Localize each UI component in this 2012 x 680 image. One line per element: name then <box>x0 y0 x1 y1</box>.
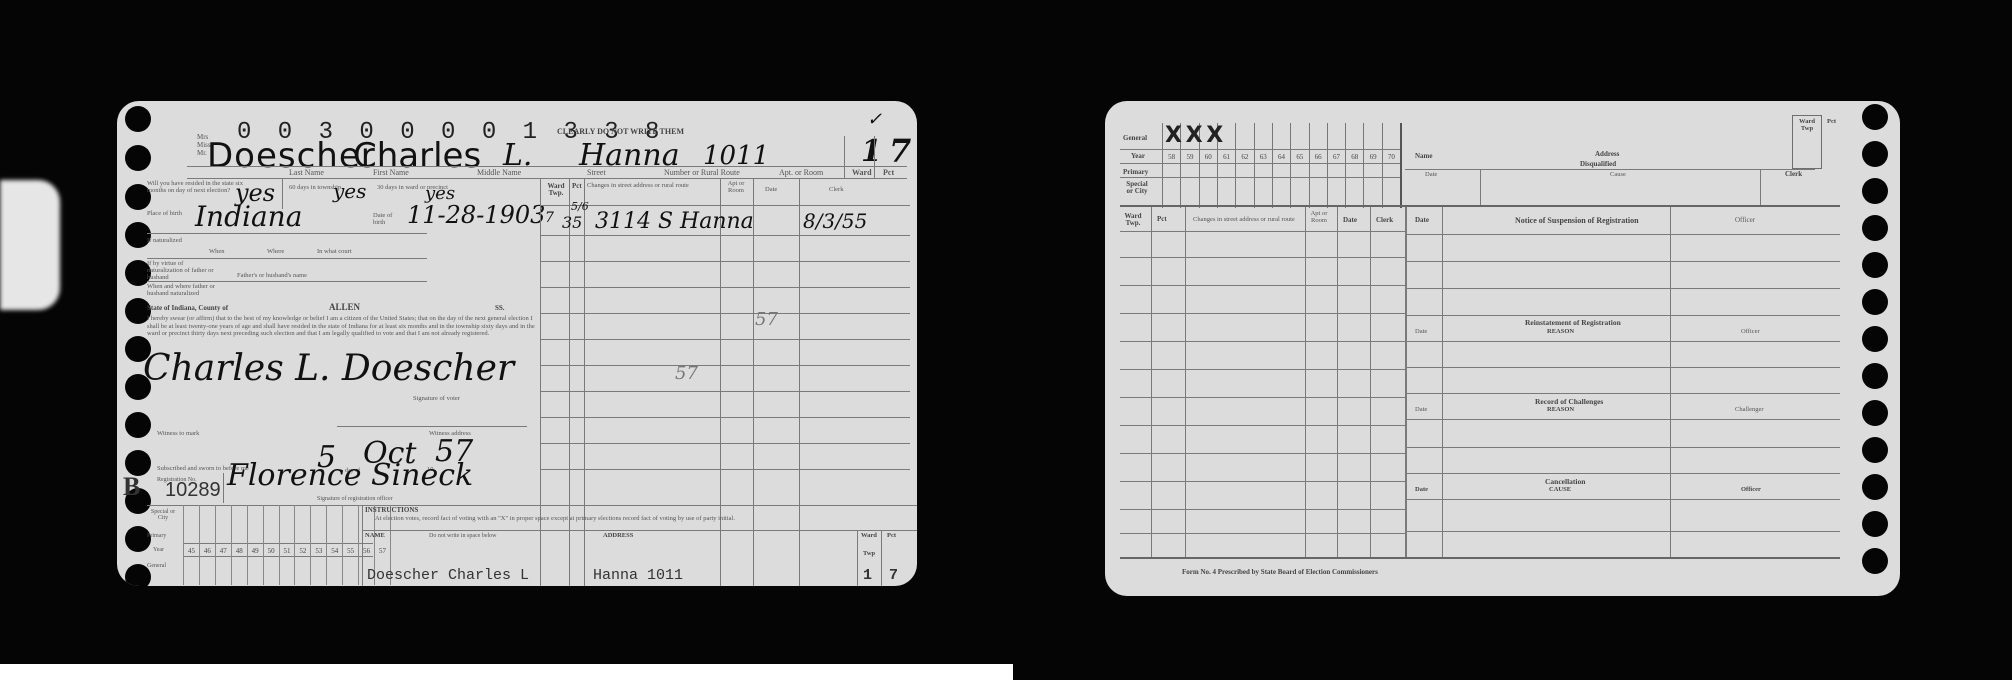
oath-county: ALLEN <box>329 303 360 312</box>
label-last-name: Last Name <box>289 169 324 177</box>
col-changes-address: Changes in street address or rural route <box>587 183 689 190</box>
grid-col <box>753 179 754 586</box>
grid-row <box>1120 285 1407 286</box>
suspension-date: Date <box>1415 217 1429 224</box>
label-street: Street <box>587 169 606 177</box>
year-cell: 50 <box>263 505 279 585</box>
year-cell: 69 <box>1363 123 1381 208</box>
row-label-general: General <box>147 563 166 569</box>
year-cell: 67 <box>1327 123 1345 208</box>
grid-row <box>1407 473 1840 474</box>
label-name: Name <box>1415 153 1433 160</box>
grid-col <box>1337 207 1338 559</box>
grid-col <box>1305 207 1306 559</box>
punch-hole <box>125 412 151 438</box>
footer-label-ward: Ward <box>861 533 877 540</box>
oath-ss: SS. <box>495 305 505 312</box>
row-label-year: Year <box>153 547 164 553</box>
divider <box>147 258 427 259</box>
answer-township: yes <box>333 181 366 201</box>
grid-row <box>1407 367 1840 368</box>
label-first-name: First Name <box>373 169 409 177</box>
grid-row <box>1120 341 1407 342</box>
pct-value: 7 <box>889 135 911 167</box>
registration-prefix: B <box>123 472 140 502</box>
cancellation-date: Date <box>1415 487 1428 494</box>
grid-row <box>1120 257 1407 258</box>
registration-card-front: Mrs Miss Mr. 0 0 3 0 0 0 0 1 3 3 8 CLEAR… <box>117 101 917 586</box>
year-cell: 55 <box>342 505 358 585</box>
instructions-text: At election votes, record fact of voting… <box>375 515 895 522</box>
grid-row <box>1407 419 1840 420</box>
row-label-special: Special or City <box>1123 181 1151 195</box>
footer-label-name: NAME <box>365 533 385 540</box>
instructions-title: INSTRUCTIONS <box>365 507 418 514</box>
reinstatement-officer: Officer <box>1741 329 1760 336</box>
label-disqualified: Disqualified <box>1580 161 1616 168</box>
punch-hole <box>1862 548 1888 574</box>
reinstatement-date: Date <box>1415 329 1427 336</box>
row-label-special: Special or City <box>147 509 179 522</box>
col-pct: Pct <box>1157 216 1167 223</box>
grid-row <box>540 443 910 444</box>
punch-hole <box>1862 215 1888 241</box>
label-ward: Ward <box>852 169 872 177</box>
label-ward-twp: Ward Twp <box>1795 119 1819 132</box>
witness-line <box>337 426 527 427</box>
divider <box>1405 169 1815 170</box>
reinstatement-reason: REASON <box>1547 329 1574 336</box>
grid-col <box>540 179 541 586</box>
divider <box>881 530 882 586</box>
label-apt: Apt. or Room <box>779 169 823 177</box>
row-label-primary: Primary <box>1123 169 1148 176</box>
row-label-primary: Primary <box>147 533 166 539</box>
punch-hole <box>1862 363 1888 389</box>
grid-row <box>1120 453 1407 454</box>
label-number: Number or Rural Route <box>664 169 740 177</box>
challenges-reason: REASON <box>1547 407 1574 414</box>
year-cell: 45 <box>183 505 199 585</box>
change-ward-value: 7 <box>545 211 554 225</box>
col-apt-room: Apt or Room <box>723 181 749 195</box>
label-witness-to-mark: Witness to mark <box>157 431 199 438</box>
scan-border-strip <box>0 664 1013 680</box>
grid-row <box>540 469 910 470</box>
reinstatement-title: Reinstatement of Registration <box>1525 319 1621 327</box>
year-cell: 51 <box>279 505 295 585</box>
officer-signature: Florence Sineck <box>227 461 473 491</box>
stamp-name: Doescher Charles L <box>367 567 529 584</box>
oath-state-line: State of Indiana, County of <box>147 305 228 312</box>
label-father-husband-name: Father's or husband's name <box>237 273 307 280</box>
footer-label-note: Do not write in space below <box>429 533 496 539</box>
punch-hole <box>1862 474 1888 500</box>
grid-row <box>1407 531 1840 532</box>
label-middle-name: Middle Name <box>477 169 521 177</box>
grid-col <box>1185 207 1186 559</box>
year-cell: 48 <box>231 505 247 585</box>
col-clerk: Clerk <box>1376 217 1393 224</box>
punch-hole <box>1862 252 1888 278</box>
year-cell: 49 <box>247 505 263 585</box>
label-signature-of-voter: Signature of voter <box>413 396 460 403</box>
punch-hole <box>1862 178 1888 204</box>
punch-hole <box>1862 511 1888 537</box>
grid-col <box>569 179 570 586</box>
ward-box-divider <box>844 136 845 178</box>
stamp-pct: 7 <box>889 567 898 584</box>
year-cell: 70 <box>1382 123 1402 208</box>
divider <box>147 281 427 282</box>
col-date: Date <box>765 187 777 194</box>
label-if-naturalized: If naturalized <box>147 238 197 245</box>
grid-row <box>540 235 910 236</box>
voting-marks: X X X <box>1165 123 1221 148</box>
question-resided-state: Will you have resided in the state six m… <box>147 181 247 195</box>
row-label-general: General <box>1123 135 1147 142</box>
challenges-date: Date <box>1415 407 1427 414</box>
divider <box>223 473 224 503</box>
label-court: In what court <box>317 249 352 256</box>
year-cell: 65 <box>1290 123 1308 208</box>
header-notice: CLEARLY DO NOT WRITE THEM <box>557 128 684 136</box>
col-ward-twp: Ward Twp. <box>545 183 567 197</box>
label-pct: Pct <box>1827 119 1836 126</box>
grid-row <box>1407 341 1840 342</box>
name-underline <box>187 166 907 167</box>
col-apt-room: Apt or Room <box>1306 211 1332 225</box>
grid-row <box>1407 315 1840 316</box>
grid-row <box>1120 369 1407 370</box>
punch-hole <box>1862 289 1888 315</box>
label-cause: Cause <box>1610 172 1626 179</box>
grid-row <box>1120 397 1407 398</box>
grid-row <box>1407 261 1840 262</box>
label-place-of-birth: Place of birth <box>147 211 187 218</box>
pct-box-divider <box>874 136 875 178</box>
form-footer: Form No. 4 Prescribed by State Board of … <box>1182 569 1378 576</box>
adjacent-card-edge <box>0 180 60 310</box>
grid-col <box>584 179 585 586</box>
cancellation-cause: CAUSE <box>1549 487 1571 494</box>
grid-col <box>1670 207 1671 557</box>
label-father-husband: If by virtue of naturalization of father… <box>147 261 217 281</box>
cancellation-title: Cancellation <box>1545 478 1585 486</box>
year-cell: 54 <box>326 505 342 585</box>
grid-row <box>1120 231 1407 232</box>
divider <box>1480 169 1481 205</box>
grid-row <box>540 391 910 392</box>
year-cell: 63 <box>1254 123 1272 208</box>
grid-row <box>540 365 910 366</box>
grid-col <box>1442 207 1443 557</box>
registration-card-back: General Year Primary Special or City 58 … <box>1105 101 1900 596</box>
year-cell: 68 <box>1345 123 1363 208</box>
divider <box>857 530 858 586</box>
label-when-where-naturalized: When and where father or husband natural… <box>147 284 227 298</box>
change-pct-value: 35 <box>562 215 582 231</box>
label-date-of-birth: Date of birth <box>373 213 403 227</box>
punch-hole <box>1862 400 1888 426</box>
punch-hole <box>1862 104 1888 130</box>
change-address-value: 3114 S Hanna <box>595 211 754 233</box>
cancellation-officer: Officer <box>1741 487 1761 494</box>
grid-row <box>1407 447 1840 448</box>
grid-row <box>540 261 910 262</box>
grid-row <box>540 339 910 340</box>
grid-row <box>1120 425 1407 426</box>
oath-text: I hereby swear (or affirm) that to the b… <box>147 315 535 338</box>
challenges-title: Record of Challenges <box>1535 398 1603 406</box>
grid-row <box>540 205 910 206</box>
footer-label-pct: Pct <box>887 533 896 540</box>
grid-col <box>1151 207 1152 559</box>
voter-signature: Charles L. Doescher <box>143 351 514 387</box>
grid-row <box>1120 481 1407 482</box>
grid-row <box>1120 509 1407 510</box>
challenges-challenger: Challenger <box>1735 407 1764 414</box>
divider <box>147 233 427 234</box>
grid-row <box>540 417 910 418</box>
label-when: When <box>209 249 225 256</box>
grid-row <box>540 313 910 314</box>
divider <box>1760 169 1761 205</box>
punch-hole <box>125 145 151 171</box>
vote-year-grid: 45 46 47 48 49 50 51 52 53 54 55 56 57 <box>183 505 391 585</box>
grid-row <box>1407 234 1840 235</box>
bottom-rule <box>1120 557 1840 559</box>
registration-number: 10289 <box>165 479 221 502</box>
label-clerk: Clerk <box>1785 171 1802 178</box>
col-date: Date <box>1343 217 1357 224</box>
suspension-title: Notice of Suspension of Registration <box>1515 217 1639 225</box>
stamp-address: Hanna 1011 <box>593 567 683 584</box>
grid-row <box>1407 499 1840 500</box>
label-pct: Pct <box>883 169 894 177</box>
year-cell: 66 <box>1309 123 1327 208</box>
row-label-year: Year <box>1131 153 1145 160</box>
divider <box>362 505 363 586</box>
year-cell: 52 <box>294 505 310 585</box>
grid-row <box>540 287 910 288</box>
section-divider <box>1120 205 1840 207</box>
year-cell: 64 <box>1272 123 1290 208</box>
grid-col <box>799 179 800 586</box>
faint-entry: 57 <box>755 311 778 329</box>
change-pct-note: 5/6 <box>571 201 589 212</box>
punch-holes-right <box>1862 101 1888 596</box>
change-date-value: 8/3/55 <box>803 211 867 231</box>
divider <box>362 530 917 531</box>
col-clerk: Clerk <box>829 187 843 194</box>
year-cell: 46 <box>199 505 215 585</box>
check-mark: ✓ <box>867 111 882 129</box>
ward-value: 1 <box>861 137 882 167</box>
faint-entry: 57 <box>675 365 698 383</box>
punch-hole <box>1862 141 1888 167</box>
col-ward-twp: Ward Twp. <box>1122 213 1144 227</box>
punch-hole <box>1862 326 1888 352</box>
label-signature-registration-officer: Signature of registration officer <box>317 496 393 502</box>
footer-label-address: ADDRESS <box>603 533 633 540</box>
grid-row <box>1120 313 1407 314</box>
grid-col <box>1370 207 1371 559</box>
grid-col <box>1405 207 1407 559</box>
date-of-birth-value: 11-28-1903 <box>407 203 545 227</box>
year-cell: 53 <box>310 505 326 585</box>
year-cell: 47 <box>215 505 231 585</box>
suspension-officer: Officer <box>1735 217 1755 224</box>
place-of-birth-value: Indiana <box>195 203 302 231</box>
label-date: Date <box>1425 172 1437 179</box>
label-where: Where <box>267 249 284 256</box>
stamp-ward: 1 <box>863 567 872 584</box>
year-cell: 62 <box>1235 123 1253 208</box>
grid-row <box>1120 533 1407 534</box>
grid-row <box>1407 288 1840 289</box>
punch-hole <box>125 106 151 132</box>
col-changes-address: Changes in street address or rural route <box>1193 217 1295 224</box>
grid-col <box>720 179 721 586</box>
col-pct: Pct <box>572 183 582 190</box>
footer-label-twp: Twp <box>863 551 875 558</box>
punch-hole <box>1862 437 1888 463</box>
label-address: Address <box>1595 151 1619 158</box>
grid-row <box>1407 393 1840 394</box>
